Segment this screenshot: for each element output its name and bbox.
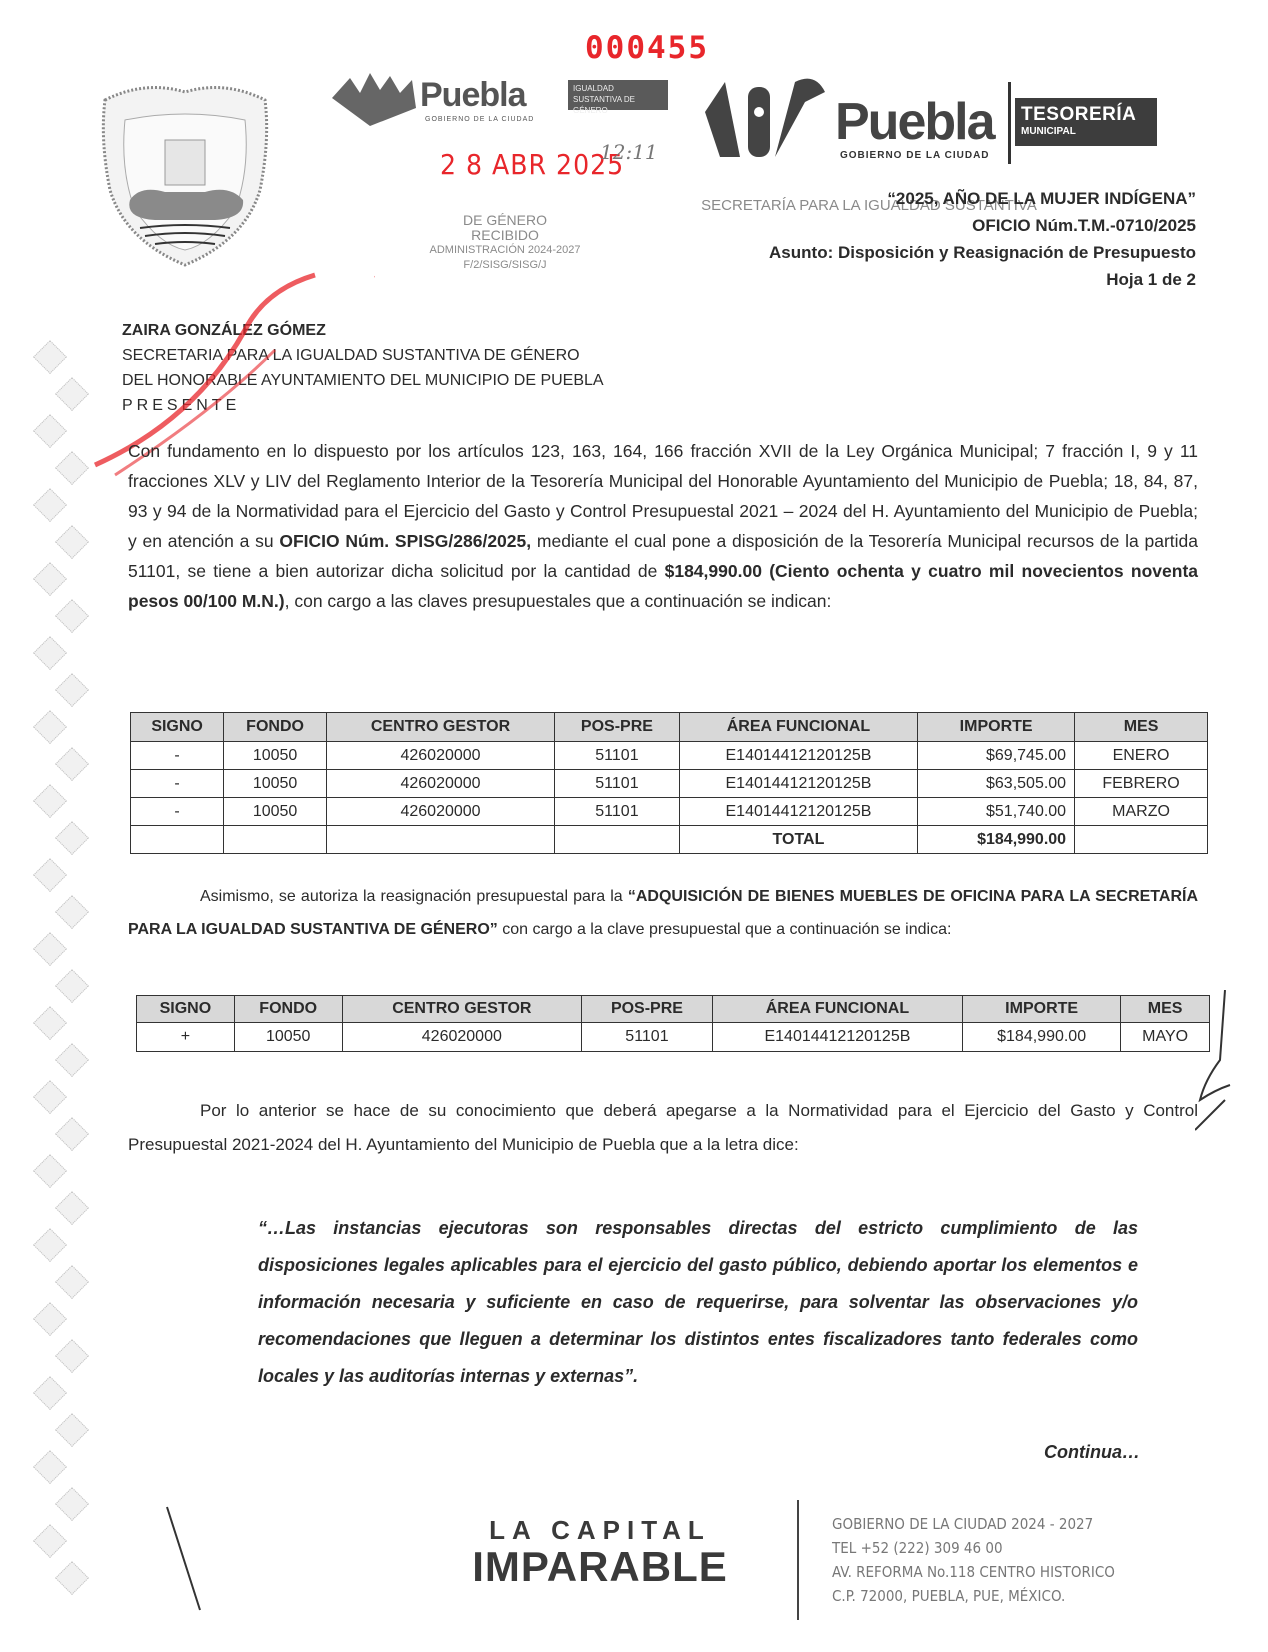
ornament-icon [55, 1265, 89, 1299]
folio-stamp: 000455 [585, 30, 709, 66]
table-cell: $51,740.00 [918, 798, 1075, 826]
table-row: -1005042602000051101E14014412120125B$69,… [131, 742, 1208, 770]
escudo-icon [95, 80, 275, 270]
document-header: “2025, AÑO DE LA MUJER INDÍGENA” OFICIO … [769, 185, 1196, 293]
ornament-icon [55, 747, 89, 781]
ornament-icon [55, 599, 89, 633]
ornament-icon [55, 821, 89, 855]
table-row: -1005042602000051101E14014412120125B$63,… [131, 770, 1208, 798]
logo-divider [1008, 82, 1011, 164]
column-header: SIGNO [137, 996, 235, 1023]
table-cell: 51101 [582, 1023, 713, 1052]
oficio-reference: OFICIO Núm. SPISG/286/2025, [279, 531, 531, 551]
asunto: Asunto: Disposición y Reasignación de Pr… [769, 239, 1196, 266]
column-header: IMPORTE [963, 996, 1121, 1023]
ornament-icon [33, 1376, 67, 1410]
table-cell: E14014412120125B [679, 770, 917, 798]
logo-tag: TESORERÍA MUNICIPAL [1015, 98, 1157, 146]
paragraph-normatividad: Por lo anterior se hace de su conocimien… [128, 1094, 1198, 1162]
column-header: SIGNO [131, 713, 224, 742]
footer-divider [797, 1500, 799, 1620]
handwritten-mark [165, 1505, 205, 1615]
table-row: -1005042602000051101E14014412120125B$51,… [131, 798, 1208, 826]
handwritten-mark [1195, 990, 1235, 1150]
text: con cargo a la clave presupuestal que a … [498, 921, 952, 938]
ornament-icon [33, 562, 67, 596]
ornament-icon [33, 1524, 67, 1558]
ornament-icon [55, 895, 89, 929]
oficio-number: OFICIO Núm.T.M.-0710/2025 [769, 212, 1196, 239]
table-cell: 426020000 [326, 798, 554, 826]
ornament-icon [33, 1302, 67, 1336]
table-cell: 51101 [555, 770, 680, 798]
ornament-icon [33, 1080, 67, 1114]
text: Por lo anterior se hace de su conocimien… [128, 1101, 1198, 1154]
text: Asimismo, se autoriza la reasignación pr… [200, 888, 628, 905]
column-header: ÁREA FUNCIONAL [712, 996, 962, 1023]
slogan-bottom: IMPARABLE [440, 1546, 760, 1588]
table-cell: 426020000 [342, 1023, 581, 1052]
received-stamp: SECRETARÍA PARA LA IGUALDAD SUSTANTIVA D… [330, 198, 680, 273]
table-cell: FEBRERO [1075, 770, 1208, 798]
table-cell: - [131, 798, 224, 826]
table-cell: 51101 [555, 742, 680, 770]
ornament-icon [33, 1450, 67, 1484]
column-header: CENTRO GESTOR [326, 713, 554, 742]
page-indicator: Hoja 1 de 2 [769, 266, 1196, 293]
ornament-icon [33, 932, 67, 966]
address-line: C.P. 72000, PUEBLA, PUE, MÉXICO. [832, 1584, 1115, 1608]
logo-tesoreria: Puebla GOBIERNO DE LA CIUDAD TESORERÍA M… [700, 72, 1160, 162]
ornament-icon [33, 488, 67, 522]
address-line: AV. REFORMA No.118 CENTRO HISTORICO [832, 1560, 1115, 1584]
continues-indicator: Continua… [1044, 1442, 1140, 1463]
puebla-emblem-icon [700, 72, 830, 162]
paragraph-reasignacion: Asimismo, se autoriza la reasignación pr… [128, 880, 1198, 946]
table-cell: - [131, 770, 224, 798]
table-cell: 426020000 [326, 770, 554, 798]
table-cell: 51101 [555, 798, 680, 826]
ornament-icon [55, 1561, 89, 1595]
ornament-icon [33, 1154, 67, 1188]
table-cell: 10050 [224, 742, 327, 770]
column-header: FONDO [234, 996, 342, 1023]
address-line: GOBIERNO DE LA CIUDAD 2024 - 2027 [832, 1512, 1115, 1536]
logo-sub: GOBIERNO DE LA CIUDAD [425, 116, 534, 123]
budget-table-disposicion: SIGNOFONDOCENTRO GESTORPOS-PREÁREA FUNCI… [130, 712, 1208, 854]
logo-tag-sub: MUNICIPAL [1021, 126, 1151, 137]
table-cell: 10050 [224, 770, 327, 798]
puebla-emblem-icon [330, 68, 418, 128]
ornament-icon [55, 969, 89, 1003]
ornament-icon [55, 673, 89, 707]
ornament-icon [33, 340, 67, 374]
normative-quote: “…Las instancias ejecutoras son responsa… [258, 1210, 1138, 1395]
received-date-stamp: 2 8 ABR 2025 [440, 148, 624, 181]
table-cell: E14014412120125B [679, 742, 917, 770]
logo-tag-main: TESORERÍA [1021, 104, 1151, 126]
address-line: TEL +52 (222) 309 46 00 [832, 1536, 1115, 1560]
ornament-icon [55, 1487, 89, 1521]
column-header: IMPORTE [918, 713, 1075, 742]
table-cell: ENERO [1075, 742, 1208, 770]
column-header: POS-PRE [555, 713, 680, 742]
total-label: TOTAL [679, 826, 917, 854]
table-cell [555, 826, 680, 854]
received-line: F/2/SISG/SISG/J [330, 258, 680, 273]
column-header: CENTRO GESTOR [342, 996, 581, 1023]
table-cell: $184,990.00 [963, 1023, 1121, 1052]
paragraph-fundamento: Con fundamento en lo dispuesto por los a… [128, 436, 1198, 616]
table-cell [326, 826, 554, 854]
received-time-handwritten: 12:11 [600, 140, 658, 164]
total-row: TOTAL$184,990.00 [131, 826, 1208, 854]
table-cell: E14014412120125B [712, 1023, 962, 1052]
table-row: +1005042602000051101E14014412120125B$184… [137, 1023, 1210, 1052]
logo-igualdad-sustantiva: Puebla GOBIERNO DE LA CIUDAD IGUALDAD SU… [330, 68, 680, 130]
column-header: MES [1075, 713, 1208, 742]
ornament-icon [55, 1191, 89, 1225]
logo-brand: Puebla [835, 92, 994, 152]
ornament-icon [55, 1117, 89, 1151]
table-cell [224, 826, 327, 854]
table-cell: + [137, 1023, 235, 1052]
ornament-icon [55, 525, 89, 559]
text: , con cargo a las claves presupuestales … [285, 591, 832, 611]
column-header: ÁREA FUNCIONAL [679, 713, 917, 742]
received-line: RECIBIDO [330, 228, 680, 243]
ornament-icon [55, 1413, 89, 1447]
table-cell: 10050 [234, 1023, 342, 1052]
table-cell: $63,505.00 [918, 770, 1075, 798]
column-header: POS-PRE [582, 996, 713, 1023]
footer-address: GOBIERNO DE LA CIUDAD 2024 - 2027 TEL +5… [832, 1512, 1115, 1608]
slogan-top: LA CAPITAL [440, 1515, 760, 1546]
logo-sub: GOBIERNO DE LA CIUDAD [840, 150, 990, 161]
budget-table-reasignacion: SIGNOFONDOCENTRO GESTORPOS-PREÁREA FUNCI… [136, 995, 1210, 1052]
logo-tag: IGUALDAD SUSTANTIVA DE GÉNERO [568, 80, 668, 110]
ornament-icon [33, 710, 67, 744]
ornament-icon [33, 1006, 67, 1040]
year-motto: “2025, AÑO DE LA MUJER INDÍGENA” [769, 185, 1196, 212]
received-line: DE GÉNERO [330, 213, 680, 228]
received-line: ADMINISTRACIÓN 2024-2027 [330, 243, 680, 258]
column-header: FONDO [224, 713, 327, 742]
table-cell: - [131, 742, 224, 770]
decorative-border [30, 345, 100, 1615]
footer-slogan-logo: LA CAPITAL IMPARABLE [440, 1515, 760, 1588]
ornament-icon [33, 1228, 67, 1262]
ornament-icon [55, 1339, 89, 1373]
table-cell: $69,745.00 [918, 742, 1075, 770]
ornament-icon [33, 636, 67, 670]
table-cell: 10050 [224, 798, 327, 826]
table-cell: E14014412120125B [679, 798, 917, 826]
ornament-icon [33, 784, 67, 818]
ornament-icon [55, 1043, 89, 1077]
table-cell [1075, 826, 1208, 854]
ornament-icon [33, 858, 67, 892]
table-cell [131, 826, 224, 854]
table-cell: 426020000 [326, 742, 554, 770]
table-cell: MARZO [1075, 798, 1208, 826]
total-value: $184,990.00 [918, 826, 1075, 854]
ornament-icon [33, 414, 67, 448]
logo-brand: Puebla [420, 76, 525, 115]
